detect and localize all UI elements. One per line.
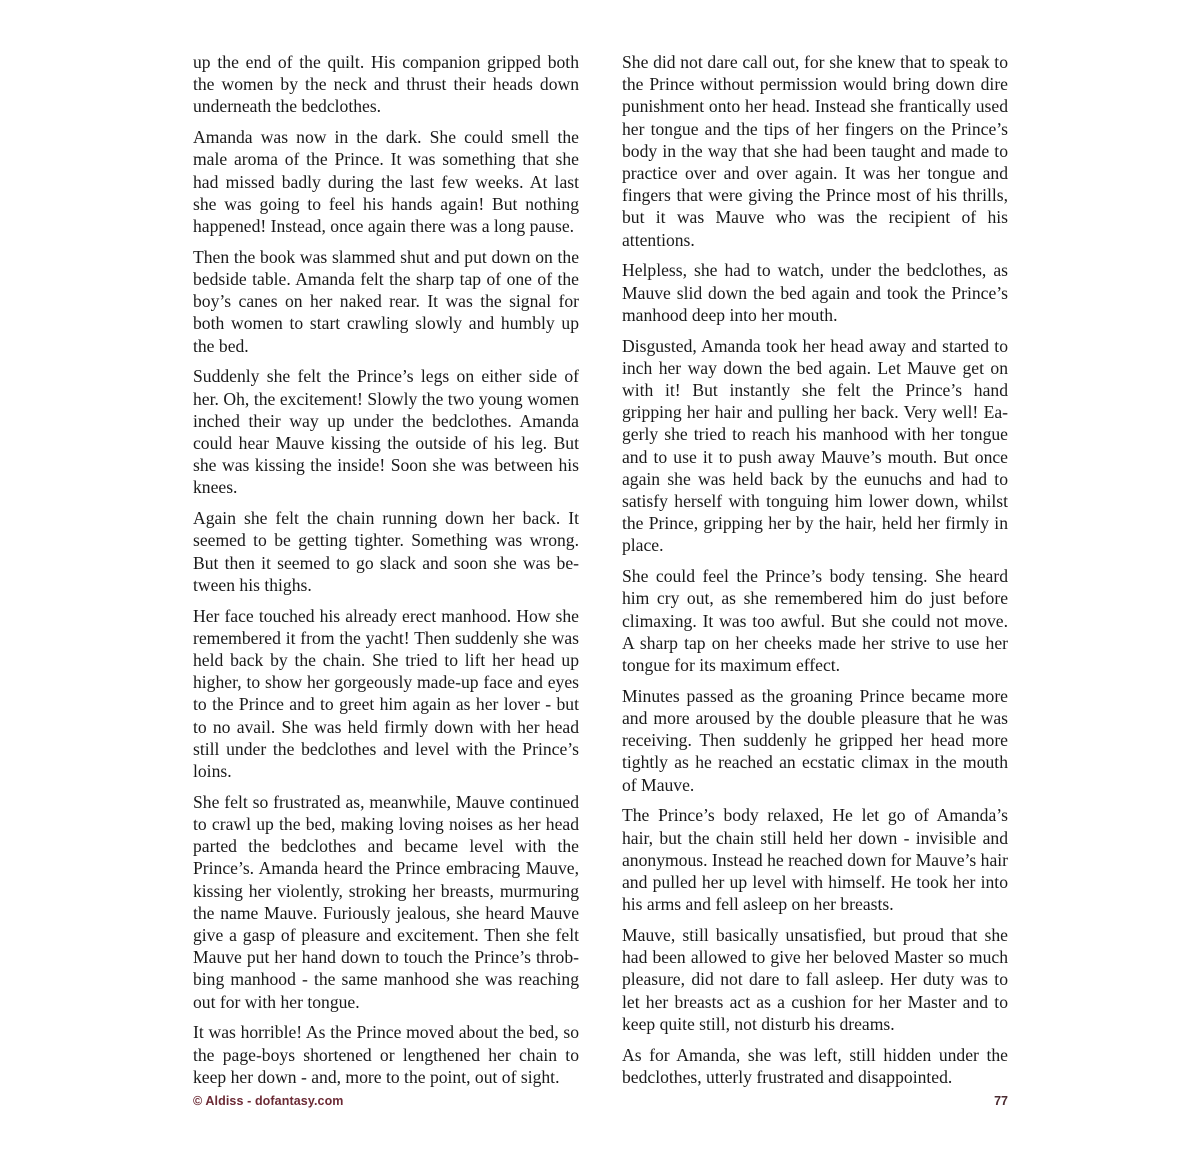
paragraph: Disgusted, Amanda took her head away and…: [622, 335, 1008, 557]
right-column: She did not dare call out, for she knew …: [622, 51, 1008, 1097]
paragraph: She could feel the Prince’s body tensing…: [622, 565, 1008, 676]
paragraph: Helpless, she had to watch, under the be…: [622, 259, 1008, 326]
paragraph: She did not dare call out, for she knew …: [622, 51, 1008, 251]
paragraph: She felt so frustrated as, meanwhile, Ma…: [193, 791, 579, 1013]
paragraph: Suddenly she felt the Prince’s legs on e…: [193, 365, 579, 498]
paragraph: Again she felt the chain running down he…: [193, 507, 579, 596]
paragraph: As for Amanda, she was left, still hidde…: [622, 1044, 1008, 1088]
paragraph: It was horrible! As the Prince moved abo…: [193, 1021, 579, 1088]
paragraph: up the end of the quilt. His companion g…: [193, 51, 579, 118]
left-column: up the end of the quilt. His companion g…: [193, 51, 579, 1097]
paragraph: Mauve, still basically unsatisfied, but …: [622, 924, 1008, 1035]
paragraph: The Prince’s body relaxed, He let go of …: [622, 804, 1008, 915]
page-number: 77: [994, 1094, 1008, 1108]
copyright-footer: © Aldiss - dofantasy.com: [193, 1094, 344, 1108]
paragraph: Her face touched his already erect manho…: [193, 605, 579, 783]
paragraph: Then the book was slammed shut and put d…: [193, 246, 579, 357]
paragraph: Minutes passed as the groaning Prince be…: [622, 685, 1008, 796]
paragraph: Amanda was now in the dark. She could sm…: [193, 126, 579, 237]
book-page: up the end of the quilt. His companion g…: [0, 0, 1200, 1158]
